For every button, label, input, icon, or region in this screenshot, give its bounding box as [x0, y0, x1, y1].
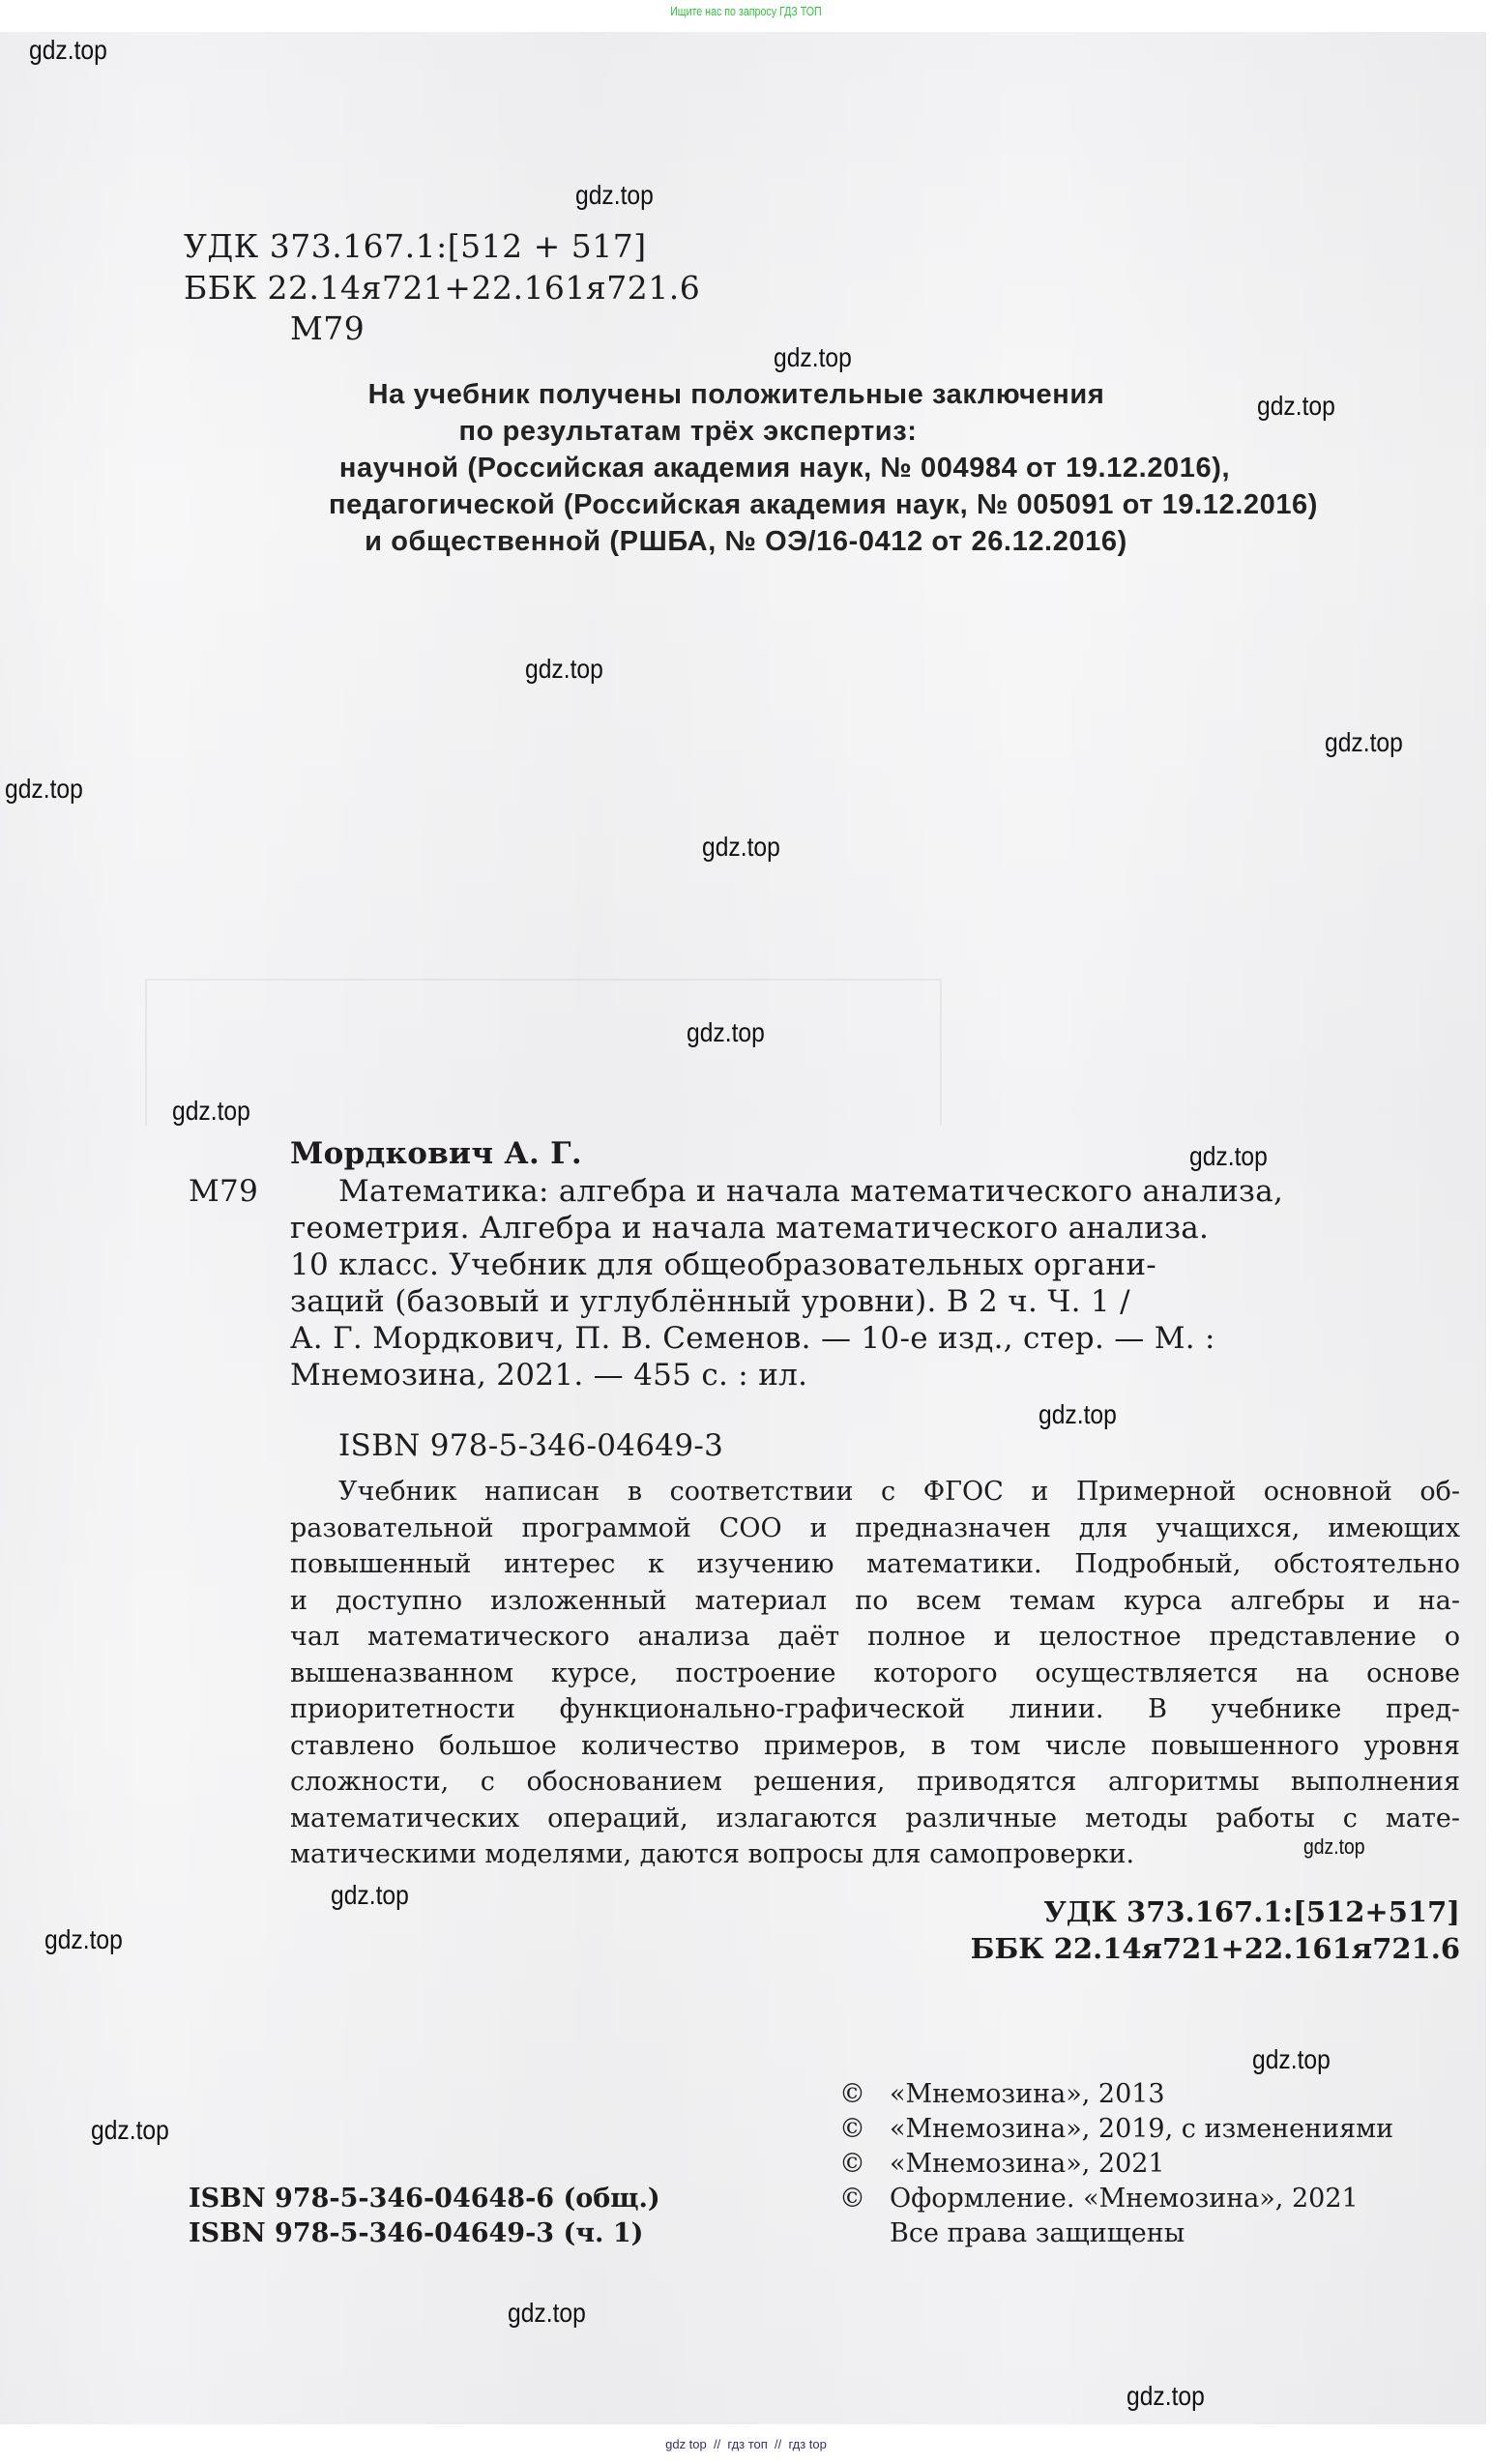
- copyright-icon: ©: [839, 2149, 890, 2179]
- expertise-line: и общественной (РШБА, № ОЭ/16-0412 от 26…: [0, 526, 1492, 558]
- annotation-line: матическими моделями, даются вопросы для…: [290, 1839, 1460, 1869]
- annotation-line: повышенный интерес к изучению математики…: [290, 1549, 1460, 1579]
- watermark: gdz.top: [575, 180, 654, 211]
- copyright-icon: ©: [839, 2114, 890, 2144]
- expertise-line: педагогической (Российская академия наук…: [77, 489, 1492, 521]
- watermark: gdz.top: [1257, 391, 1335, 422]
- copyright-text: «Мнемозина», 2021: [890, 2149, 1165, 2179]
- bbk-code-bottom: ББК 22.14я721+22.161я721.6: [971, 1932, 1460, 1965]
- author-mark-top: М79: [290, 309, 365, 347]
- annotation-line: и доступно изложенный материал по всем т…: [290, 1586, 1460, 1616]
- copyright-line: ©Оформление. «Мнемозина», 2021: [839, 2184, 1359, 2214]
- annotation-line: ставлено большое количество примеров, в …: [290, 1731, 1460, 1761]
- rights-reserved: Все права защищены: [890, 2218, 1185, 2248]
- watermark: gdz.top: [5, 774, 83, 805]
- watermark: gdz.top: [44, 1924, 123, 1955]
- copyright-text: Оформление. «Мнемозина», 2021: [890, 2184, 1359, 2214]
- annotation-line: разовательной программой СОО и предназна…: [290, 1513, 1460, 1543]
- watermark: gdz.top: [1126, 2381, 1205, 2412]
- watermark: gdz.top: [1189, 1141, 1268, 1172]
- expertise-line: по результатам трёх экспертиз:: [0, 416, 1434, 448]
- watermark: gdz.top: [29, 35, 107, 66]
- ghost-number: [957, 716, 1046, 1035]
- annotation-line: вышеназванном курсе, построение которого…: [290, 1658, 1460, 1688]
- annotation-line: чал математического анализа даёт полное …: [290, 1622, 1460, 1652]
- annotation-line: сложности, с обоснованием решения, приво…: [290, 1767, 1460, 1797]
- biblio-line: Мнемозина, 2021. — 455 с. : ил.: [290, 1358, 807, 1393]
- author-mark: М79: [189, 1174, 258, 1209]
- watermark: gdz.top: [331, 1880, 409, 1911]
- copyright-icon: ©: [839, 2184, 890, 2214]
- copyright-text: «Мнемозина», 2013: [890, 2079, 1165, 2109]
- copyright-line: ©«Мнемозина», 2019, с изменениями: [839, 2114, 1393, 2144]
- footer-links: gdz top // гдз топ // гдз top: [0, 2437, 1492, 2451]
- watermark: gdz.top: [1039, 1399, 1117, 1430]
- ghost-frame: [145, 979, 942, 1126]
- biblio-line: заций (базовый и углублённый уровни). В …: [290, 1284, 1130, 1319]
- copyright-text: «Мнемозина», 2019, с изменениями: [890, 2114, 1393, 2144]
- watermark: gdz.top: [774, 342, 852, 373]
- isbn-part: ISBN 978-5-346-04649-3 (ч. 1): [189, 2218, 643, 2248]
- watermark: gdz.top: [91, 2115, 169, 2146]
- watermark: gdz.top: [702, 832, 780, 863]
- watermark: gdz.top: [172, 1096, 250, 1127]
- expertise-line: научной (Российская академия наук, № 004…: [39, 453, 1492, 484]
- watermark: gdz.top: [1303, 1834, 1365, 1860]
- bbk-code-top: ББК 22.14я721+22.161я721.6: [184, 269, 700, 307]
- promo-banner: Ищите нас по запросу ГДЗ ТОП: [134, 4, 1358, 18]
- biblio-line: Математика: алгебра и начала математичес…: [338, 1174, 1283, 1209]
- copyright-icon: ©: [839, 2079, 890, 2109]
- copyright-line: ©«Мнемозина», 2021: [839, 2149, 1165, 2179]
- watermark: gdz.top: [525, 654, 603, 685]
- udk-code-bottom: УДК 373.167.1:[512+517]: [1043, 1895, 1460, 1928]
- annotation-line: приоритетности функционально-графической…: [290, 1694, 1460, 1724]
- biblio-line: 10 класс. Учебник для общеобразовательны…: [290, 1247, 1156, 1282]
- watermark: gdz.top: [1252, 2044, 1331, 2075]
- watermark: gdz.top: [1325, 727, 1403, 758]
- isbn-general: ISBN 978-5-346-04648-6 (общ.): [189, 2184, 660, 2214]
- copyright-line: ©«Мнемозина», 2013: [839, 2079, 1165, 2109]
- annotation-line: Учебник написан в соответствии с ФГОС и …: [338, 1477, 1460, 1507]
- biblio-line: А. Г. Мордкович, П. В. Семенов. — 10-е и…: [290, 1321, 1215, 1356]
- udk-code-top: УДК 373.167.1:[512 + 517]: [184, 227, 647, 265]
- ghost-title: [164, 542, 199, 687]
- author-heading: Мордкович А. Г.: [290, 1136, 582, 1171]
- isbn-main: ISBN 978-5-346-04649-3: [338, 1428, 723, 1463]
- annotation-line: математических операций, излагаются разл…: [290, 1804, 1460, 1833]
- biblio-line: геометрия. Алгебра и начала математическ…: [290, 1211, 1209, 1246]
- watermark: gdz.top: [508, 2298, 586, 2329]
- watermark: gdz.top: [687, 1017, 765, 1048]
